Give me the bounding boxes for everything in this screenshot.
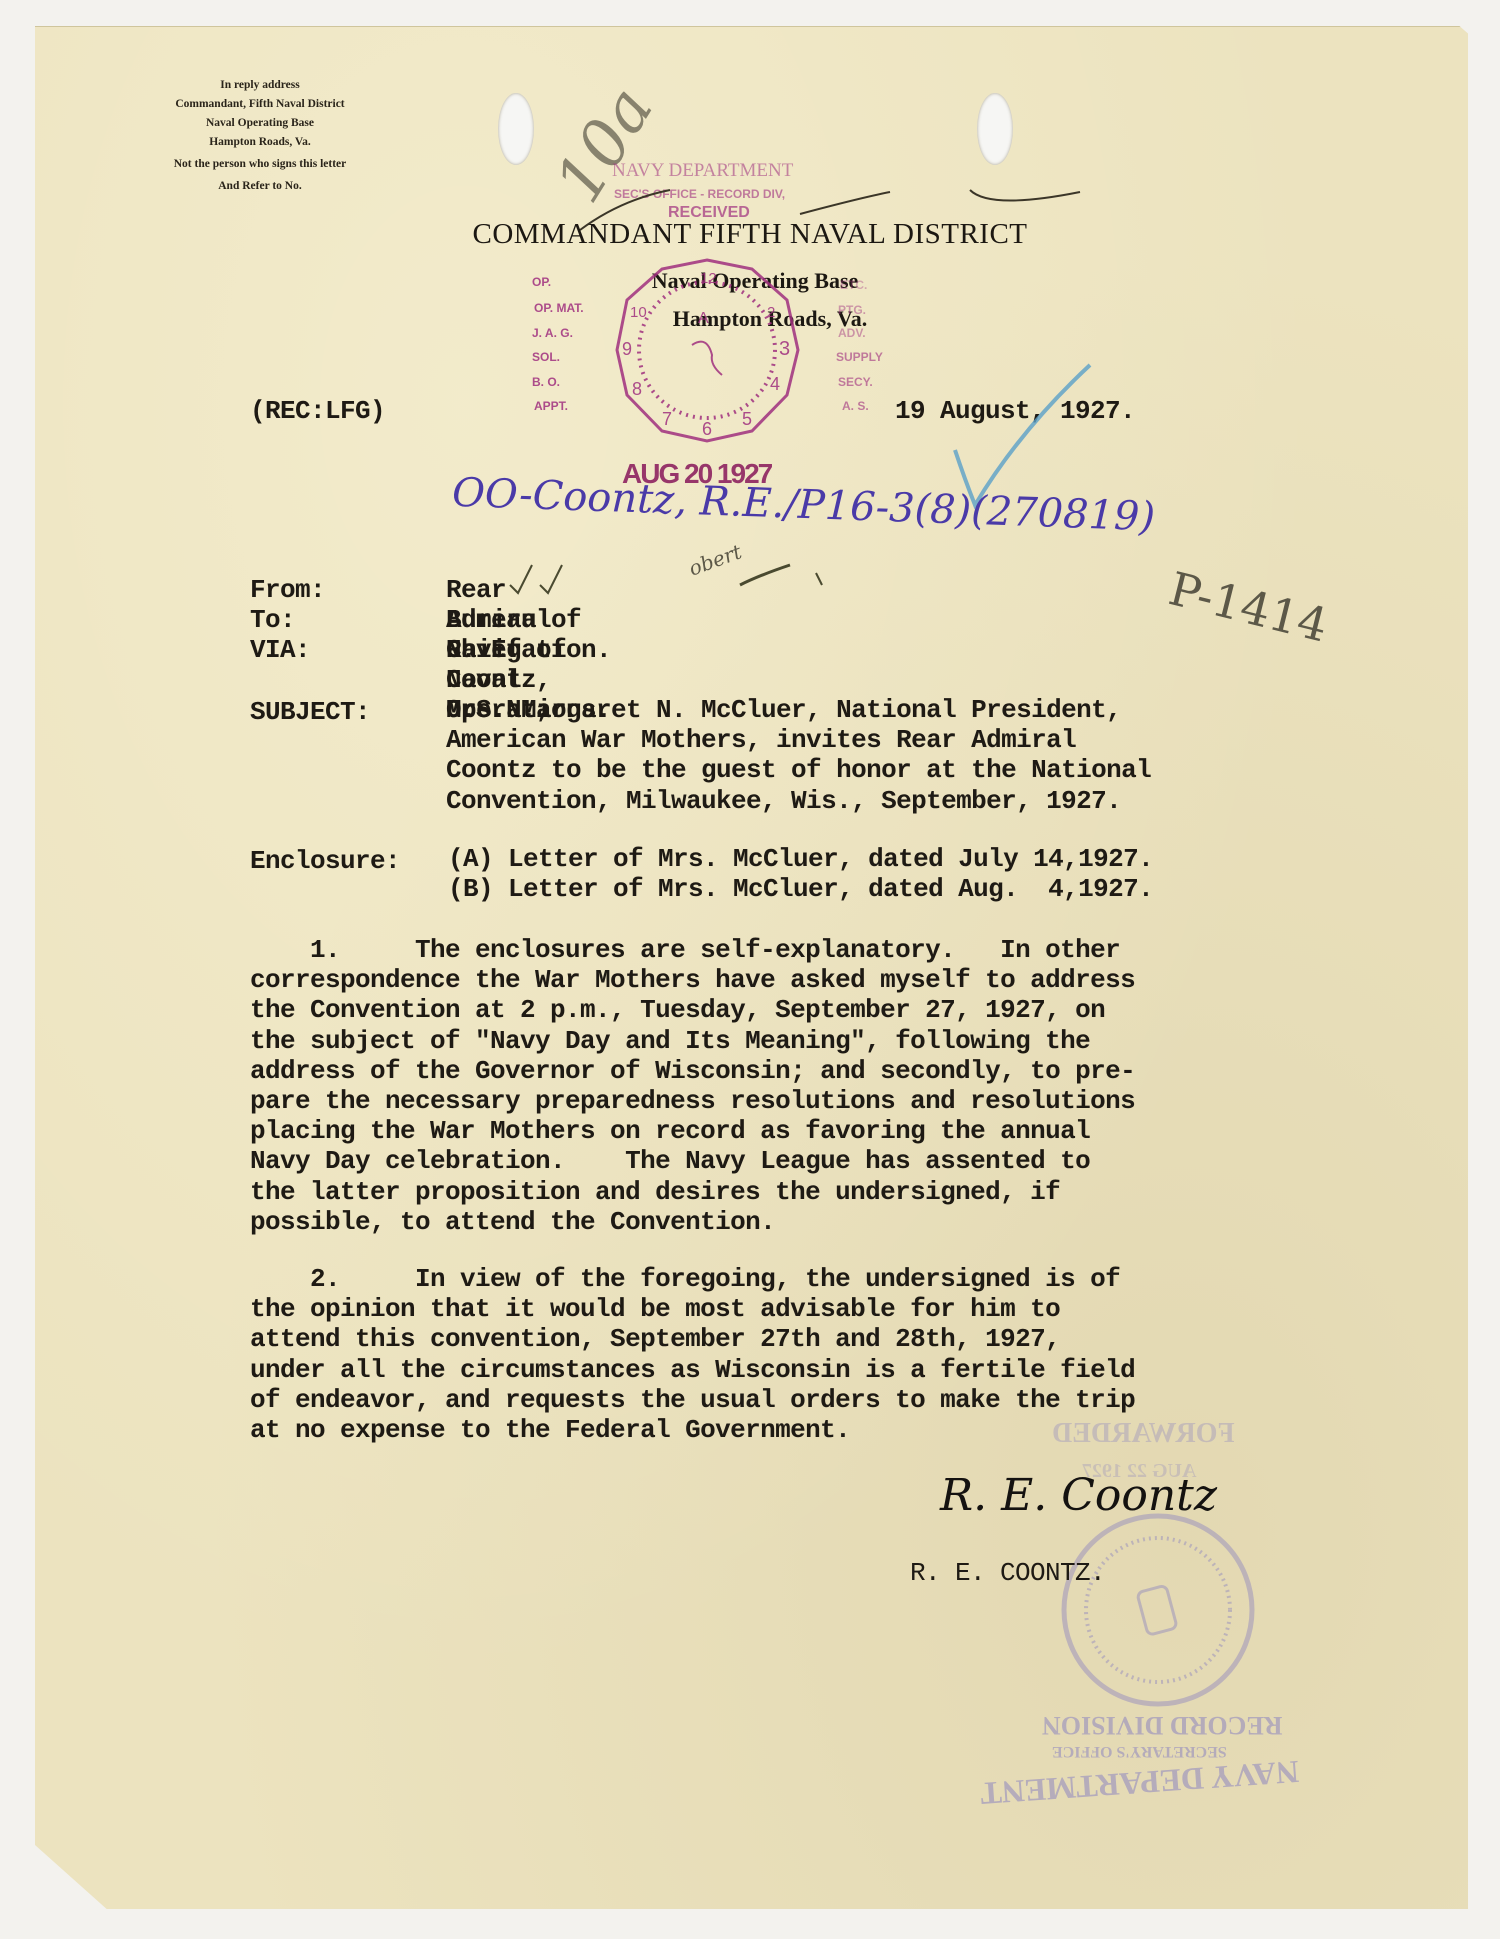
svg-text:2: 2 <box>767 304 775 321</box>
paragraph-line: possible, to attend the Convention. <box>250 1207 1310 1237</box>
svg-text:12: 12 <box>700 270 717 287</box>
paragraph-line: the latter proposition and desires the u… <box>250 1177 1310 1207</box>
svg-text:6: 6 <box>702 419 712 439</box>
svg-text:A: A <box>698 310 709 327</box>
enclosure-list: (A) Letter of Mrs. McCluer, dated July 1… <box>448 844 1328 904</box>
svg-text:10: 10 <box>630 304 647 321</box>
paragraph-line: the opinion that it would be most advisa… <box>250 1294 1310 1324</box>
reply-address-block: In reply address Commandant, Fifth Naval… <box>140 76 380 196</box>
reply-line: Hampton Roads, Va. <box>140 133 380 152</box>
stamp-label: OP. MAT. <box>534 301 584 315</box>
pencil-tick-marks <box>500 545 860 595</box>
stamp-label: A. S. <box>842 399 869 413</box>
paragraph-1: 1. The enclosures are self-explanatory. … <box>250 935 1310 1237</box>
reference-code: (REC:LFG) <box>250 396 385 426</box>
svg-text:7: 7 <box>662 409 672 429</box>
stamp-label: ADV. <box>838 326 866 340</box>
paragraph-line: 1. The enclosures are self-explanatory. … <box>250 935 1310 965</box>
stamp-label: SECY. <box>838 375 873 389</box>
paragraph-line: the subject of "Navy Day and Its Meaning… <box>250 1026 1310 1056</box>
reply-line: Commandant, Fifth Naval District <box>140 95 380 114</box>
subject-line: Mrs. Margaret N. McCluer, National Presi… <box>446 695 1326 725</box>
svg-text:3: 3 <box>779 338 790 360</box>
svg-text:9: 9 <box>622 339 632 359</box>
handwritten-signature: R. E. Coontz <box>940 1470 1217 1521</box>
punch-hole-left <box>498 93 534 165</box>
reply-line: In reply address <box>140 76 380 95</box>
reply-line: Not the person who signs this letter <box>140 155 380 174</box>
stamp-label: SOL. <box>532 350 560 364</box>
subject-line: Convention, Milwaukee, Wis., September, … <box>446 786 1326 816</box>
paragraph-line: attend this convention, September 27th a… <box>250 1324 1310 1354</box>
subject-text: Mrs. Margaret N. McCluer, National Presi… <box>446 695 1326 816</box>
svg-text:8: 8 <box>632 379 642 399</box>
stamp-label: ETC. <box>840 278 867 292</box>
from-label: From: <box>250 575 325 605</box>
enclosure-label: Enclosure: <box>250 846 400 876</box>
reply-line: And Refer to No. <box>140 177 380 196</box>
stamp-label: B. O. <box>532 375 560 389</box>
stamp-label: OP. <box>532 275 551 289</box>
svg-text:4: 4 <box>770 374 780 394</box>
paragraph-2: 2. In view of the foregoing, the undersi… <box>250 1264 1310 1445</box>
secretary-office-text: SECRETARY'S OFFICE <box>1052 1742 1227 1760</box>
subject-line: American War Mothers, invites Rear Admir… <box>446 725 1326 755</box>
stamp-label: APPT. <box>534 399 568 413</box>
via-label: VIA: <box>250 635 310 665</box>
letterhead-title: COMMANDANT FIFTH NAVAL DISTRICT <box>300 218 1200 251</box>
paragraph-line: under all the circumstances as Wisconsin… <box>250 1355 1310 1385</box>
to-label: To: <box>250 605 295 635</box>
punch-hole-right <box>977 93 1013 165</box>
paragraph-line: correspondence the War Mothers have aske… <box>250 965 1310 995</box>
svg-text:5: 5 <box>742 409 752 429</box>
typed-signature: R. E. COONTZ. <box>910 1558 1105 1588</box>
paragraph-line: pare the necessary preparedness resoluti… <box>250 1086 1310 1116</box>
paragraph-line: the Convention at 2 p.m., Tuesday, Septe… <box>250 995 1310 1025</box>
stamp-label: PTG. <box>838 303 866 317</box>
subject-label: SUBJECT: <box>250 697 370 727</box>
reply-line: Naval Operating Base <box>140 114 380 133</box>
paragraph-line: Navy Day celebration. The Navy League ha… <box>250 1146 1310 1176</box>
stamp-label: J. A. G. <box>532 326 573 340</box>
record-division-text: RECORD DIVISION <box>1042 1710 1283 1740</box>
paragraph-line: of endeavor, and requests the usual orde… <box>250 1385 1310 1415</box>
paragraph-line: 2. In view of the foregoing, the undersi… <box>250 1264 1310 1294</box>
paragraph-line: address of the Governor of Wisconsin; an… <box>250 1056 1310 1086</box>
paragraph-line: at no expense to the Federal Government. <box>250 1415 1310 1445</box>
clock-stamp-icon: 12 2 3 4 5 6 7 8 9 10 A <box>612 255 802 445</box>
paragraph-line: placing the War Mothers on record as fav… <box>250 1116 1310 1146</box>
enclosure-item: (A) Letter of Mrs. McCluer, dated July 1… <box>448 844 1328 874</box>
record-division-stamp-icon <box>1058 1510 1258 1710</box>
enclosure-item: (B) Letter of Mrs. McCluer, dated Aug. 4… <box>448 874 1328 904</box>
stamp-label: SUPPLY <box>836 350 883 364</box>
subject-line: Coontz to be the guest of honor at the N… <box>446 755 1326 785</box>
